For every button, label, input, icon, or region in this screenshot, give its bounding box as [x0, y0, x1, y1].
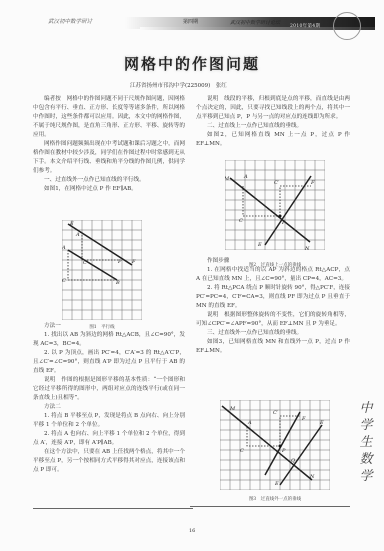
svg-text:C′: C′: [274, 180, 280, 186]
svg-text:E: E: [257, 242, 262, 248]
svg-text:C: C: [239, 218, 243, 224]
svg-text:A: A: [247, 420, 252, 426]
article-title: 网格中的作图问题: [0, 53, 384, 74]
figure2-grid: MAC′ FCP EN: [225, 160, 325, 250]
page-number: 16: [189, 528, 195, 534]
journal-vertical-title: 中学生数学: [356, 400, 376, 485]
article-author: 江苏省扬州市邗沟中学(225009) 张红: [130, 81, 227, 89]
section2-intro: 如图2，已知网格直线 MN 上一点 P，过点 P 作 EF⊥MN。: [196, 131, 350, 149]
steps-1: 1. 在网格中找适当的以 AP 为斜边的格点 Rt△ACP，点 A 在已知直线 …: [196, 266, 350, 284]
method2-summary: 在这个方法中，只要在 AB 上任找两个格点，将其中一个平移至点 P，另一个按相同…: [33, 448, 185, 475]
svg-text:E: E: [319, 420, 324, 426]
method2-step2: 2. 将点 A 也向右、向上平移 1 个单位和 2 个单位，得到点 A′，连接 …: [33, 430, 185, 448]
svg-text:C′: C′: [83, 260, 89, 266]
footer-rule-right: [190, 506, 350, 507]
method2-title: 方法二: [33, 403, 185, 412]
note2: 说明 线段的平移，归根到底是点的平移，而直线是由两个点决定的，因此，只要寻找已知…: [196, 95, 350, 122]
svg-text:F: F: [301, 416, 306, 422]
svg-text:M: M: [229, 406, 236, 412]
svg-text:E: E: [69, 221, 74, 227]
footer-rule-left: [33, 508, 193, 509]
figure3-caption: 图3 过直线外一点的垂线: [220, 496, 330, 502]
svg-text:M: M: [225, 176, 230, 182]
intro-paragraph: 网格作图问题频频出现在中考试题和课后习题之中，而网格作图在教材中较少涉及，同学们…: [33, 140, 185, 176]
svg-text:C′: C′: [273, 410, 279, 416]
method2-step1: 1. 将点 B 平移至点 P，发现是将点 B 点向右、向上分别平移 1 个单位和…: [33, 412, 185, 430]
svg-text:C: C: [240, 448, 244, 454]
journal-header-middle: 武汉初中数学研讨论坛: [230, 19, 280, 26]
svg-text:E: E: [274, 481, 279, 487]
section3-title: 三、过直线外一点作已知直线的垂线。: [196, 329, 350, 338]
journal-header-left: 武汉初中数学研讨: [48, 17, 92, 25]
svg-text:C: C: [62, 278, 66, 284]
method1-step2: 2. 以 P 为顶点，画出 PC′=4，C′A′=3 的 Rt△A′C′P，且∠…: [33, 349, 185, 376]
svg-text:P: P: [281, 220, 286, 226]
section3-intro: 如图3，已知网格直线 MN 和直线外一点 P，过点 P 作 EF⊥MN。: [196, 338, 350, 356]
section2-title: 二、过直线上一点作已知直线的垂线。: [196, 122, 350, 131]
svg-text:A: A: [62, 245, 66, 251]
editor-note: 编者按 网格中的作图问题不同于尺规作图问题，因网格中包含有平行、垂直、正方形、长…: [33, 95, 185, 140]
method1-step1: 1. 找出以 AB 为斜边的网格 Rt△ACB，且∠C=90°，发现 AC=3，…: [33, 331, 185, 349]
svg-text:P: P: [281, 448, 286, 454]
svg-text:N: N: [304, 246, 310, 250]
svg-text:P: P: [117, 259, 122, 265]
svg-text:B: B: [115, 280, 120, 286]
figure1-caption: 图1 平行线: [62, 324, 142, 330]
header-circle-ornament-icon: [333, 12, 361, 40]
section1-title: 一、过直线外一点作已知直线的平行线。: [33, 176, 185, 185]
svg-text:N: N: [309, 474, 315, 480]
figure1-grid: EA′A PFC′ CB: [62, 220, 142, 320]
steps-2: 2. 将 Rt△PCA 绕点 P 顺时针旋转 90°，得△PC′F，连接 PC′…: [196, 284, 350, 311]
journal-issue: 第四期: [183, 18, 198, 25]
svg-text:Q: Q: [291, 458, 295, 464]
svg-text:A′: A′: [75, 232, 82, 238]
svg-text:F: F: [310, 180, 315, 186]
journal-date: 2010年第4期: [290, 23, 320, 29]
note3: 说明 根据图形整体旋转的不变性，它们的旋转角相等，可知∠CPC′=∠APF=90…: [196, 311, 350, 329]
section1-intro: 如图1，在网格中过点 P 作 EF∥AB。: [33, 185, 185, 194]
figure2-caption: 图2 过直线上一点的垂线: [225, 262, 325, 268]
figure3-grid: MAC′ FCP QEEN: [220, 400, 330, 490]
note1: 说明 作图的根据是图形平移的基本性质：“一个图形和它经过平移所得的图形中，两组对…: [33, 376, 185, 403]
svg-text:A: A: [243, 174, 248, 180]
svg-text:F: F: [131, 259, 136, 265]
